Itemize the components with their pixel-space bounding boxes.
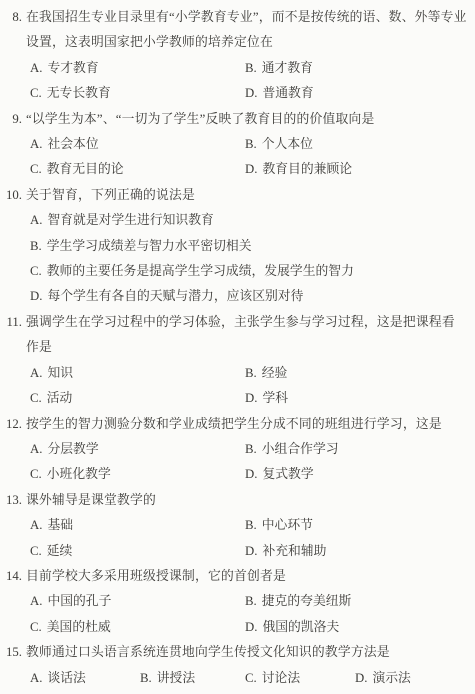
- option-label: B.: [245, 594, 257, 608]
- option-item: B.中心环节: [245, 513, 467, 538]
- option-text: 捷克的夸美纽斯: [262, 594, 352, 608]
- question-number: 14.: [0, 564, 26, 589]
- option-text: 活动: [47, 391, 73, 405]
- options-grid: A.中国的孔子B.捷克的夸美纽斯C.美国的杜威D.俄国的凯洛夫: [30, 589, 467, 640]
- question-number: 11.: [0, 310, 26, 361]
- option-text: 谈话法: [47, 671, 85, 685]
- option-text: 小班化教学: [47, 467, 111, 481]
- question-stem: 15.教师通过口头语言系统连贯地向学生传授文化知识的教学方法是: [0, 640, 467, 665]
- option-text: 知识: [47, 366, 73, 380]
- question-number: 8.: [0, 5, 26, 56]
- option-item: C.讨论法: [245, 666, 355, 691]
- option-text: 基础: [47, 518, 73, 532]
- option-label: B.: [245, 366, 257, 380]
- question-text: 课外辅导是课堂教学的: [26, 488, 467, 513]
- option-text: 教师的主要任务是提高学生学习成绩，发展学生的智力: [47, 264, 354, 278]
- option-text: 普通教育: [262, 86, 313, 100]
- option-text: 复式教学: [262, 467, 313, 481]
- option-text: 俄国的凯洛夫: [262, 620, 339, 634]
- scanned-exam-page: { "colors": { "background": "#fbfbf9", "…: [0, 0, 475, 694]
- option-text: 教育目的兼顾论: [262, 162, 352, 176]
- option-item: B.个人本位: [245, 132, 467, 157]
- option-label: A.: [30, 366, 42, 380]
- question-item: 10.关于智育，下列正确的说法是A.智育就是对学生进行知识教育B.学生学习成绩差…: [0, 183, 467, 310]
- option-text: 中心环节: [262, 518, 313, 532]
- option-label: D.: [30, 289, 42, 303]
- question-text: “以学生为本”、“一切为了学生”反映了教育目的的价值取向是: [26, 107, 467, 132]
- option-text: 经验: [262, 366, 288, 380]
- exam-question-list: 8.在我国招生专业目录里有“小学教育专业”，而不是按传统的语、数、外等专业设置，…: [0, 0, 475, 694]
- option-item: B.捷克的夸美纽斯: [245, 589, 467, 614]
- option-label: B.: [245, 137, 257, 151]
- option-label: A.: [30, 594, 42, 608]
- option-item: D.每个学生有各自的天赋与潜力，应该区别对待: [30, 284, 467, 309]
- option-text: 教育无目的论: [47, 162, 124, 176]
- question-number: 10.: [0, 183, 26, 208]
- question-text: 教师通过口头语言系统连贯地向学生传授文化知识的教学方法是: [26, 640, 467, 665]
- option-label: A.: [30, 671, 42, 685]
- question-text: 关于智育，下列正确的说法是: [26, 183, 467, 208]
- option-item: B.经验: [245, 361, 467, 386]
- option-item: C.延续: [30, 539, 245, 564]
- question-stem: 14.目前学校大多采用班级授课制，它的首创者是: [0, 564, 467, 589]
- question-item: 13.课外辅导是课堂教学的A.基础B.中心环节C.延续D.补充和辅助: [0, 488, 467, 564]
- options-grid: A.分层教学B.小组合作学习C.小班化教学D.复式教学: [30, 437, 467, 488]
- question-stem: 12.按学生的智力测验分数和学业成绩把学生分成不同的班组进行学习，这是: [0, 412, 467, 437]
- option-label: C.: [30, 620, 42, 634]
- option-text: 通才教育: [262, 61, 313, 75]
- options-grid: A.基础B.中心环节C.延续D.补充和辅助: [30, 513, 467, 564]
- option-text: 美国的杜威: [47, 620, 111, 634]
- question-item: 12.按学生的智力测验分数和学业成绩把学生分成不同的班组进行学习，这是A.分层教…: [0, 412, 467, 488]
- option-item: A.社会本位: [30, 132, 245, 157]
- option-item: B.小组合作学习: [245, 437, 467, 462]
- option-item: A.智育就是对学生进行知识教育: [30, 208, 467, 233]
- question-stem: 13.课外辅导是课堂教学的: [0, 488, 467, 513]
- option-label: B.: [245, 442, 257, 456]
- option-label: D.: [245, 467, 257, 481]
- option-label: C.: [30, 264, 42, 278]
- option-label: A.: [30, 518, 42, 532]
- option-label: B.: [140, 671, 152, 685]
- option-text: 讲授法: [157, 671, 195, 685]
- option-text: 学科: [262, 391, 288, 405]
- question-number: 12.: [0, 412, 26, 437]
- option-item: D.俄国的凯洛夫: [245, 615, 467, 640]
- option-item: C.无专长教育: [30, 81, 245, 106]
- option-item: D.补充和辅助: [245, 539, 467, 564]
- option-text: 每个学生有各自的天赋与潜力，应该区别对待: [47, 289, 303, 303]
- question-item: 8.在我国招生专业目录里有“小学教育专业”，而不是按传统的语、数、外等专业设置，…: [0, 5, 467, 107]
- question-text: 在我国招生专业目录里有“小学教育专业”，而不是按传统的语、数、外等专业设置，这表…: [26, 5, 467, 56]
- option-item: D.演示法: [355, 666, 467, 691]
- options-grid: A.谈话法B.讲授法C.讨论法D.演示法: [30, 666, 467, 691]
- option-label: C.: [30, 391, 42, 405]
- option-label: D.: [355, 671, 367, 685]
- option-text: 个人本位: [262, 137, 313, 151]
- option-text: 中国的孔子: [47, 594, 111, 608]
- option-item: B.学生学习成绩差与智力水平密切相关: [30, 234, 467, 259]
- question-text: 按学生的智力测验分数和学业成绩把学生分成不同的班组进行学习，这是: [26, 412, 467, 437]
- option-label: D.: [245, 620, 257, 634]
- question-item: 9.“以学生为本”、“一切为了学生”反映了教育目的的价值取向是A.社会本位B.个…: [0, 107, 467, 183]
- option-item: C.教育无目的论: [30, 157, 245, 182]
- option-item: A.专才教育: [30, 56, 245, 81]
- question-text: 目前学校大多采用班级授课制，它的首创者是: [26, 564, 467, 589]
- option-text: 补充和辅助: [262, 544, 326, 558]
- option-text: 讨论法: [262, 671, 300, 685]
- option-text: 社会本位: [47, 137, 98, 151]
- option-text: 延续: [47, 544, 73, 558]
- option-item: A.基础: [30, 513, 245, 538]
- question-item: 14.目前学校大多采用班级授课制，它的首创者是A.中国的孔子B.捷克的夸美纽斯C…: [0, 564, 467, 640]
- option-text: 小组合作学习: [262, 442, 339, 456]
- questions-container: 8.在我国招生专业目录里有“小学教育专业”，而不是按传统的语、数、外等专业设置，…: [0, 5, 467, 691]
- option-text: 智育就是对学生进行知识教育: [47, 213, 213, 227]
- option-item: D.普通教育: [245, 81, 467, 106]
- option-item: B.通才教育: [245, 56, 467, 81]
- option-label: C.: [30, 544, 42, 558]
- option-item: D.教育目的兼顾论: [245, 157, 467, 182]
- option-label: C.: [245, 671, 257, 685]
- option-label: C.: [30, 86, 42, 100]
- option-label: A.: [30, 61, 42, 75]
- options-grid: A.专才教育B.通才教育C.无专长教育D.普通教育: [30, 56, 467, 107]
- question-number: 15.: [0, 640, 26, 665]
- option-text: 专才教育: [47, 61, 98, 75]
- option-item: D.复式教学: [245, 462, 467, 487]
- question-stem: 11.强调学生在学习过程中的学习体验，主张学生参与学习过程，这是把课程看作是: [0, 310, 467, 361]
- option-label: A.: [30, 213, 42, 227]
- options-grid: A.智育就是对学生进行知识教育B.学生学习成绩差与智力水平密切相关C.教师的主要…: [30, 208, 467, 310]
- question-item: 15.教师通过口头语言系统连贯地向学生传授文化知识的教学方法是A.谈话法B.讲授…: [0, 640, 467, 691]
- options-grid: A.社会本位B.个人本位C.教育无目的论D.教育目的兼顾论: [30, 132, 467, 183]
- option-label: A.: [30, 442, 42, 456]
- question-stem: 8.在我国招生专业目录里有“小学教育专业”，而不是按传统的语、数、外等专业设置，…: [0, 5, 467, 56]
- option-item: B.讲授法: [140, 666, 245, 691]
- option-label: D.: [245, 162, 257, 176]
- option-text: 演示法: [372, 671, 410, 685]
- option-text: 分层教学: [47, 442, 98, 456]
- option-label: C.: [30, 162, 42, 176]
- question-text: 强调学生在学习过程中的学习体验，主张学生参与学习过程，这是把课程看作是: [26, 310, 467, 361]
- option-item: A.知识: [30, 361, 245, 386]
- option-label: B.: [245, 518, 257, 532]
- option-item: C.活动: [30, 386, 245, 411]
- option-item: D.学科: [245, 386, 467, 411]
- option-label: A.: [30, 137, 42, 151]
- option-label: B.: [30, 239, 42, 253]
- option-item: C.小班化教学: [30, 462, 245, 487]
- question-stem: 10.关于智育，下列正确的说法是: [0, 183, 467, 208]
- option-text: 学生学习成绩差与智力水平密切相关: [47, 239, 252, 253]
- option-label: D.: [245, 86, 257, 100]
- option-item: A.分层教学: [30, 437, 245, 462]
- option-label: D.: [245, 544, 257, 558]
- question-number: 9.: [0, 107, 26, 132]
- option-item: A.中国的孔子: [30, 589, 245, 614]
- option-label: D.: [245, 391, 257, 405]
- option-item: C.教师的主要任务是提高学生学习成绩，发展学生的智力: [30, 259, 467, 284]
- option-label: C.: [30, 467, 42, 481]
- question-stem: 9.“以学生为本”、“一切为了学生”反映了教育目的的价值取向是: [0, 107, 467, 132]
- option-item: C.美国的杜威: [30, 615, 245, 640]
- option-item: A.谈话法: [30, 666, 140, 691]
- options-grid: A.知识B.经验C.活动D.学科: [30, 361, 467, 412]
- option-text: 无专长教育: [47, 86, 111, 100]
- option-label: B.: [245, 61, 257, 75]
- question-item: 11.强调学生在学习过程中的学习体验，主张学生参与学习过程，这是把课程看作是A.…: [0, 310, 467, 412]
- question-number: 13.: [0, 488, 26, 513]
